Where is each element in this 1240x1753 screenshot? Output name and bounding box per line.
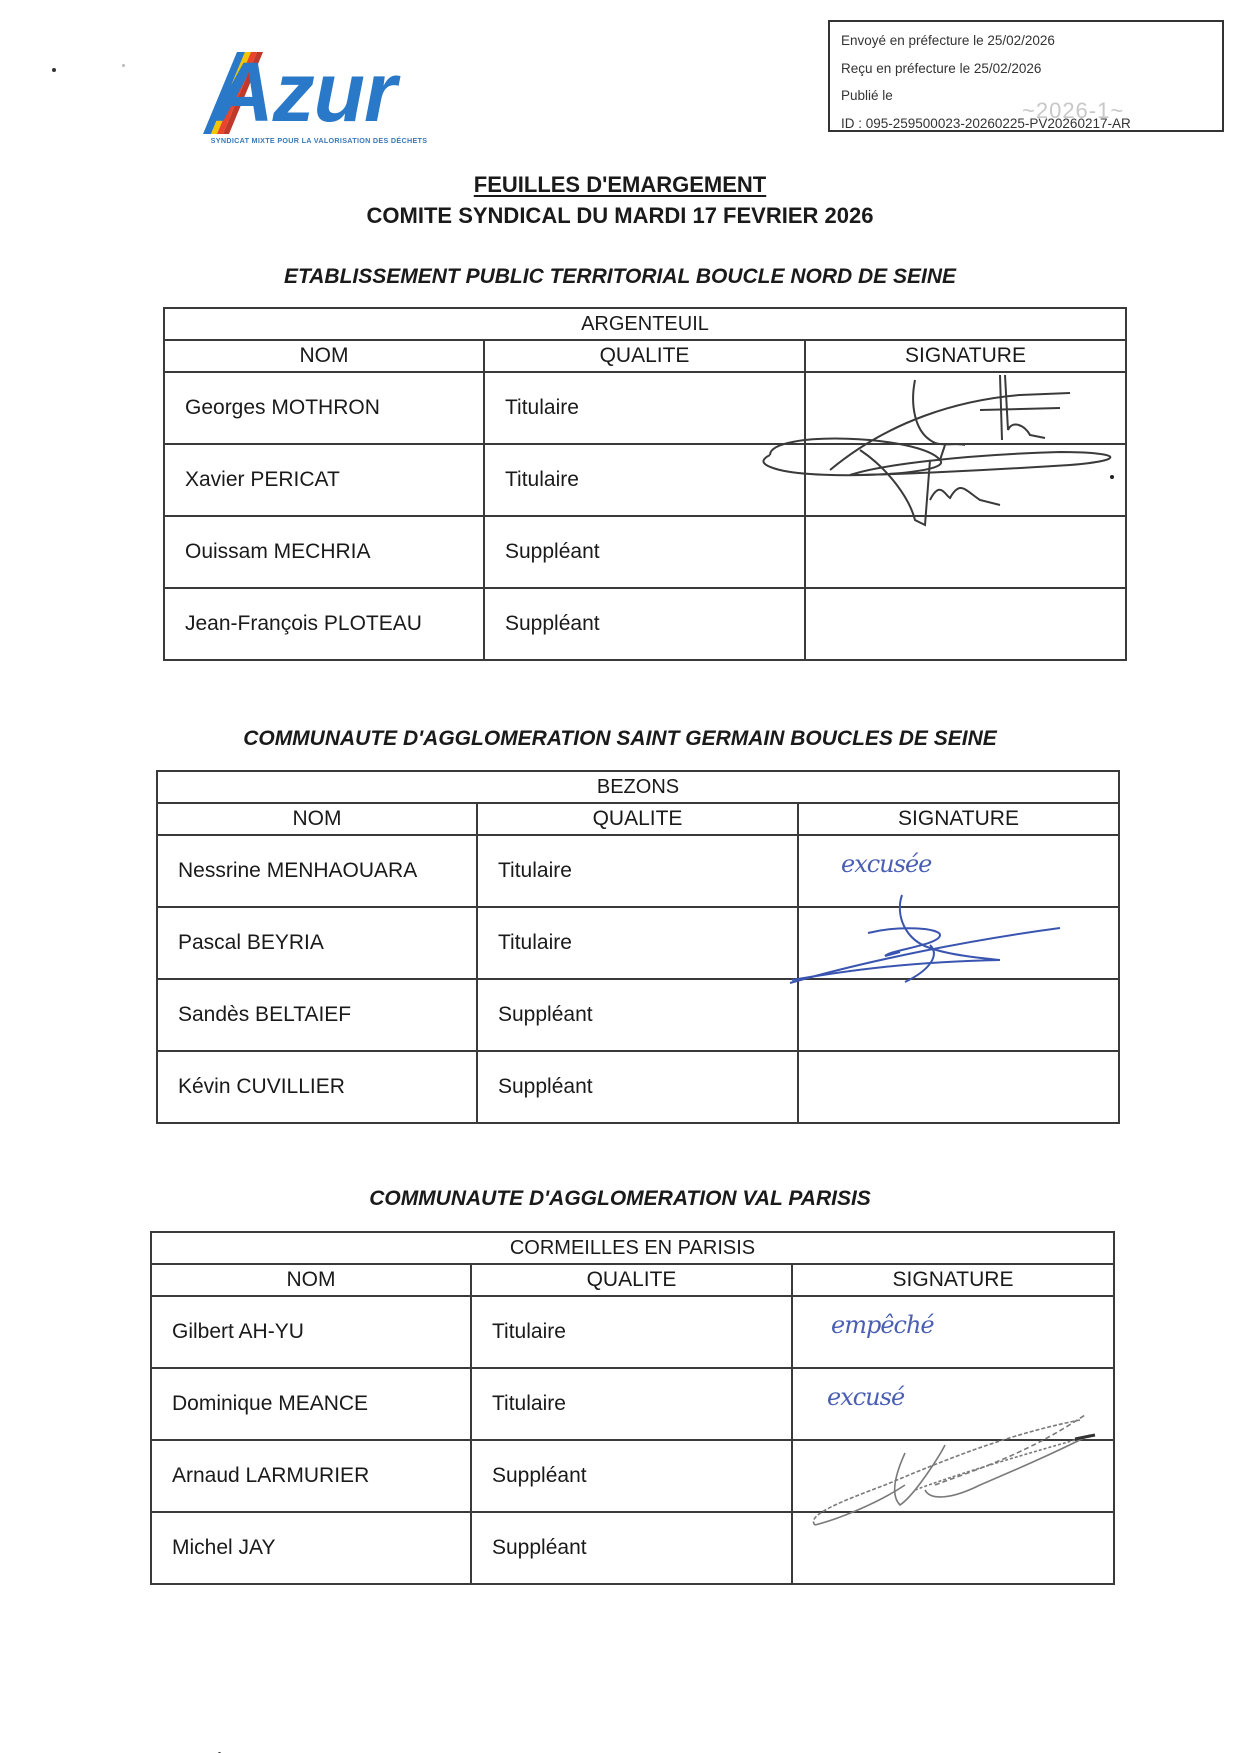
scan-speck — [122, 64, 125, 67]
member-name: Kévin CUVILLIER — [157, 1051, 477, 1123]
column-header-name: NOM — [164, 340, 484, 372]
member-quality: Suppléant — [471, 1440, 792, 1512]
member-quality: Titulaire — [484, 372, 805, 444]
signature-cell — [805, 516, 1126, 588]
column-header-quality: QUALITE — [477, 803, 798, 835]
section-heading: COMMUNAUTE D'AGGLOMERATION SAINT GERMAIN… — [0, 727, 1240, 751]
table-row: Jean-François PLOTEAU Suppléant — [164, 588, 1126, 660]
signature-cell: empêché — [792, 1296, 1114, 1368]
signature-cell — [805, 372, 1126, 444]
prefecture-stamp: Envoyé en préfecture le 25/02/2026 Reçu … — [828, 20, 1224, 132]
member-name: Arnaud LARMURIER — [151, 1440, 471, 1512]
member-name: Sandès BELTAIEF — [157, 979, 477, 1051]
section-heading: COMMUNAUTE D'AGGLOMERATION VAL PARISIS — [0, 1187, 1240, 1211]
signature-cell: excusée — [798, 835, 1119, 907]
member-quality: Titulaire — [484, 444, 805, 516]
table-row: Kévin CUVILLIER Suppléant — [157, 1051, 1119, 1123]
signature-cell — [798, 979, 1119, 1051]
member-quality: Suppléant — [477, 1051, 798, 1123]
signature-cell — [792, 1440, 1114, 1512]
column-header-quality: QUALITE — [484, 340, 805, 372]
member-quality: Suppléant — [484, 588, 805, 660]
member-name: Nessrine MENHAOUARA — [157, 835, 477, 907]
member-name: Georges MOTHRON — [164, 372, 484, 444]
table-row: Gilbert AH-YU Titulaire empêché — [151, 1296, 1114, 1368]
logo-wordmark: Azur — [213, 50, 396, 134]
table-row: Pascal BEYRIA Titulaire — [157, 907, 1119, 979]
table-row: Arnaud LARMURIER Suppléant — [151, 1440, 1114, 1512]
signature-cell — [798, 1051, 1119, 1123]
table-row: Ouissam MECHRIA Suppléant — [164, 516, 1126, 588]
member-quality: Titulaire — [477, 835, 798, 907]
table-row: Georges MOTHRON Titulaire — [164, 372, 1126, 444]
table-row: Nessrine MENHAOUARA Titulaire excusée — [157, 835, 1119, 907]
document-subtitle: COMITE SYNDICAL DU MARDI 17 FEVRIER 2026 — [0, 203, 1240, 229]
member-name: Xavier PERICAT — [164, 444, 484, 516]
member-name: Gilbert AH-YU — [151, 1296, 471, 1368]
azur-logo: Azur SYNDICAT MIXTE POUR LA VALORISATION… — [203, 50, 435, 146]
scan-speck — [52, 68, 56, 72]
handwritten-note: excusée — [841, 850, 931, 878]
table-row: Dominique MEANCE Titulaire excusé — [151, 1368, 1114, 1440]
handwritten-note: excusé — [827, 1383, 904, 1411]
member-name: Dominique MEANCE — [151, 1368, 471, 1440]
column-header-signature: SIGNATURE — [805, 340, 1126, 372]
attendance-table-bezons: BEZONS NOM QUALITE SIGNATURE Nessrine ME… — [156, 770, 1120, 1124]
logo-tagline: SYNDICAT MIXTE POUR LA VALORISATION DES … — [203, 136, 435, 145]
table-row: Michel JAY Suppléant — [151, 1512, 1114, 1584]
attendance-table-argenteuil: ARGENTEUIL NOM QUALITE SIGNATURE Georges… — [163, 307, 1127, 661]
signature-cell — [805, 588, 1126, 660]
member-quality: Suppléant — [484, 516, 805, 588]
table-row: Xavier PERICAT Titulaire — [164, 444, 1126, 516]
member-name: Pascal BEYRIA — [157, 907, 477, 979]
signature-cell — [792, 1512, 1114, 1584]
member-name: Michel JAY — [151, 1512, 471, 1584]
member-name: Ouissam MECHRIA — [164, 516, 484, 588]
member-quality: Titulaire — [471, 1296, 792, 1368]
handwritten-note: empêché — [831, 1311, 934, 1339]
table-row: Sandès BELTAIEF Suppléant — [157, 979, 1119, 1051]
column-header-signature: SIGNATURE — [798, 803, 1119, 835]
document-title: FEUILLES D'EMARGEMENT — [0, 172, 1240, 198]
city-header: BEZONS — [157, 771, 1119, 803]
column-header-quality: QUALITE — [471, 1264, 792, 1296]
signature-cell — [805, 444, 1126, 516]
stamp-received: Reçu en préfecture le 25/02/2026 — [841, 58, 1222, 86]
member-name: Jean-François PLOTEAU — [164, 588, 484, 660]
column-header-name: NOM — [157, 803, 477, 835]
member-quality: Suppléant — [471, 1512, 792, 1584]
stamp-sent: Envoyé en préfecture le 25/02/2026 — [841, 30, 1222, 58]
member-quality: Suppléant — [477, 979, 798, 1051]
member-quality: Titulaire — [471, 1368, 792, 1440]
city-header: CORMEILLES EN PARISIS — [151, 1232, 1114, 1264]
column-header-signature: SIGNATURE — [792, 1264, 1114, 1296]
city-header: ARGENTEUIL — [164, 308, 1126, 340]
section-heading: ETABLISSEMENT PUBLIC TERRITORIAL BOUCLE … — [0, 265, 1240, 289]
attendance-table-cormeilles: CORMEILLES EN PARISIS NOM QUALITE SIGNAT… — [150, 1231, 1115, 1585]
signature-cell — [798, 907, 1119, 979]
column-header-name: NOM — [151, 1264, 471, 1296]
signature-cell: excusé — [792, 1368, 1114, 1440]
member-quality: Titulaire — [477, 907, 798, 979]
stamp-watermark: ~2026-1~ — [1022, 98, 1124, 124]
